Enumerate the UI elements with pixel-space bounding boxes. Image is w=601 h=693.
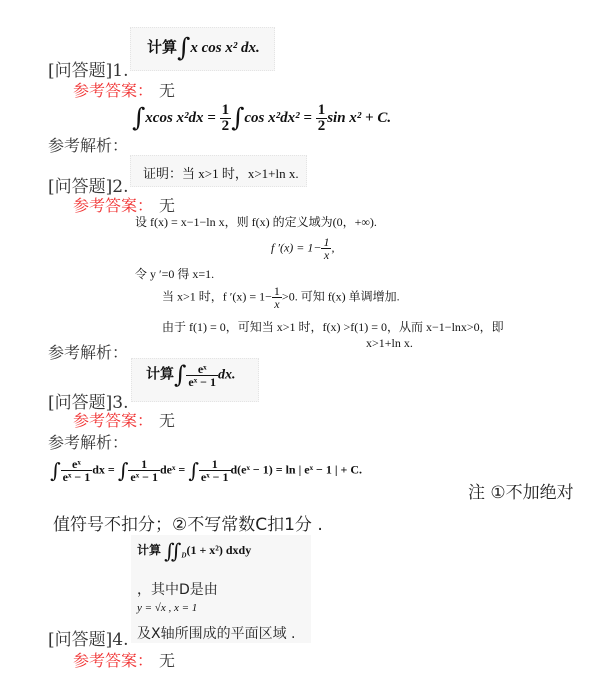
question-4-prompt-prefix: 计算: [137, 543, 161, 557]
question-1-answer-value: 无: [159, 81, 175, 100]
integral-sign-icon: ∫: [177, 33, 190, 63]
integral-sign-icon: ∫: [188, 458, 199, 482]
question-2-prompt-text: 证明：当 x>1 时，x>1+ln x.: [143, 163, 299, 182]
question-1-prompt-expr: x cos x² dx.: [190, 40, 260, 56]
double-integral-sign-icon: ∬: [164, 539, 181, 563]
integral-sign-icon: ∫: [132, 103, 145, 133]
question-2-analysis-line-1: 设 f(x) = x−1−ln x，则 f(x) 的定义域为(0，+∞).: [135, 213, 377, 230]
question-1-prompt-prefix: 计算: [147, 38, 177, 56]
question-3-answer-row: 参考答案：无: [73, 408, 175, 431]
question-3-prompt-box: 计算∫eˣeˣ − 1dx.: [131, 358, 259, 402]
question-4-prompt-box: 计算 ∬D(1 + x²) dxdy ，其中D是由 y = √x , x = 1…: [131, 535, 311, 643]
question-2-prompt-box: 证明：当 x>1 时，x>1+ln x.: [130, 155, 307, 187]
question-4-answer-row: 参考答案：无: [73, 648, 175, 671]
question-2-analysis-line-4: 当 x>1 时，f ′(x) = 1−1x>0. 可知 f(x) 单调增加.: [162, 285, 400, 310]
question-3-note-line-2: 值符号不扣分；②不写常数C扣1分 .: [53, 510, 323, 535]
question-4-prompt-line-3: y = √x , x = 1: [137, 602, 197, 614]
question-2-analysis-line-2: f ′(x) = 1−1x,: [271, 236, 334, 261]
question-1-answer-row: 参考答案：无: [73, 78, 175, 101]
question-3-note-line-1: 注 ①不加绝对: [468, 478, 574, 503]
question-3-analysis-label: 参考解析：: [48, 430, 128, 453]
question-3-answer-value: 无: [159, 411, 175, 430]
question-2-analysis-line-5: 由于 f(1) = 0，可知当 x>1 时，f(x) >f(1) = 0，从而 …: [162, 318, 504, 335]
question-4-label: [问答题]4.: [48, 625, 128, 650]
question-1-analysis-label: 参考解析：: [48, 133, 128, 156]
question-3-analysis-formula: ∫eˣeˣ − 1dx = ∫1eˣ − 1deˣ = ∫1eˣ − 1d(eˣ…: [50, 458, 362, 483]
integral-sign-icon: ∫: [50, 458, 61, 482]
question-1-prompt-box: 计算∫x cos x² dx.: [130, 27, 275, 71]
question-4-prompt-line-2: ，其中D是由: [137, 579, 218, 599]
question-1-analysis-formula: ∫xcos x²dx = 12∫cos x²dx² = 12sin x² + C…: [132, 103, 391, 134]
answer-label: 参考答案：: [73, 81, 153, 100]
answer-label: 参考答案：: [73, 411, 153, 430]
integral-sign-icon: ∫: [231, 103, 244, 133]
question-3-prompt-prefix: 计算: [146, 367, 174, 383]
question-4-answer-value: 无: [159, 651, 175, 670]
question-4-prompt-line-4: 及X轴所围成的平面区域 .: [137, 623, 296, 643]
answer-label: 参考答案：: [73, 651, 153, 670]
integral-sign-icon: ∫: [174, 361, 186, 389]
integral-sign-icon: ∫: [118, 458, 129, 482]
question-2-analysis-label: 参考解析：: [48, 340, 128, 363]
question-2-analysis-line-6: x>1+ln x.: [366, 336, 413, 351]
question-2-analysis-line-3: 令 y ′=0 得 x=1.: [135, 265, 214, 282]
